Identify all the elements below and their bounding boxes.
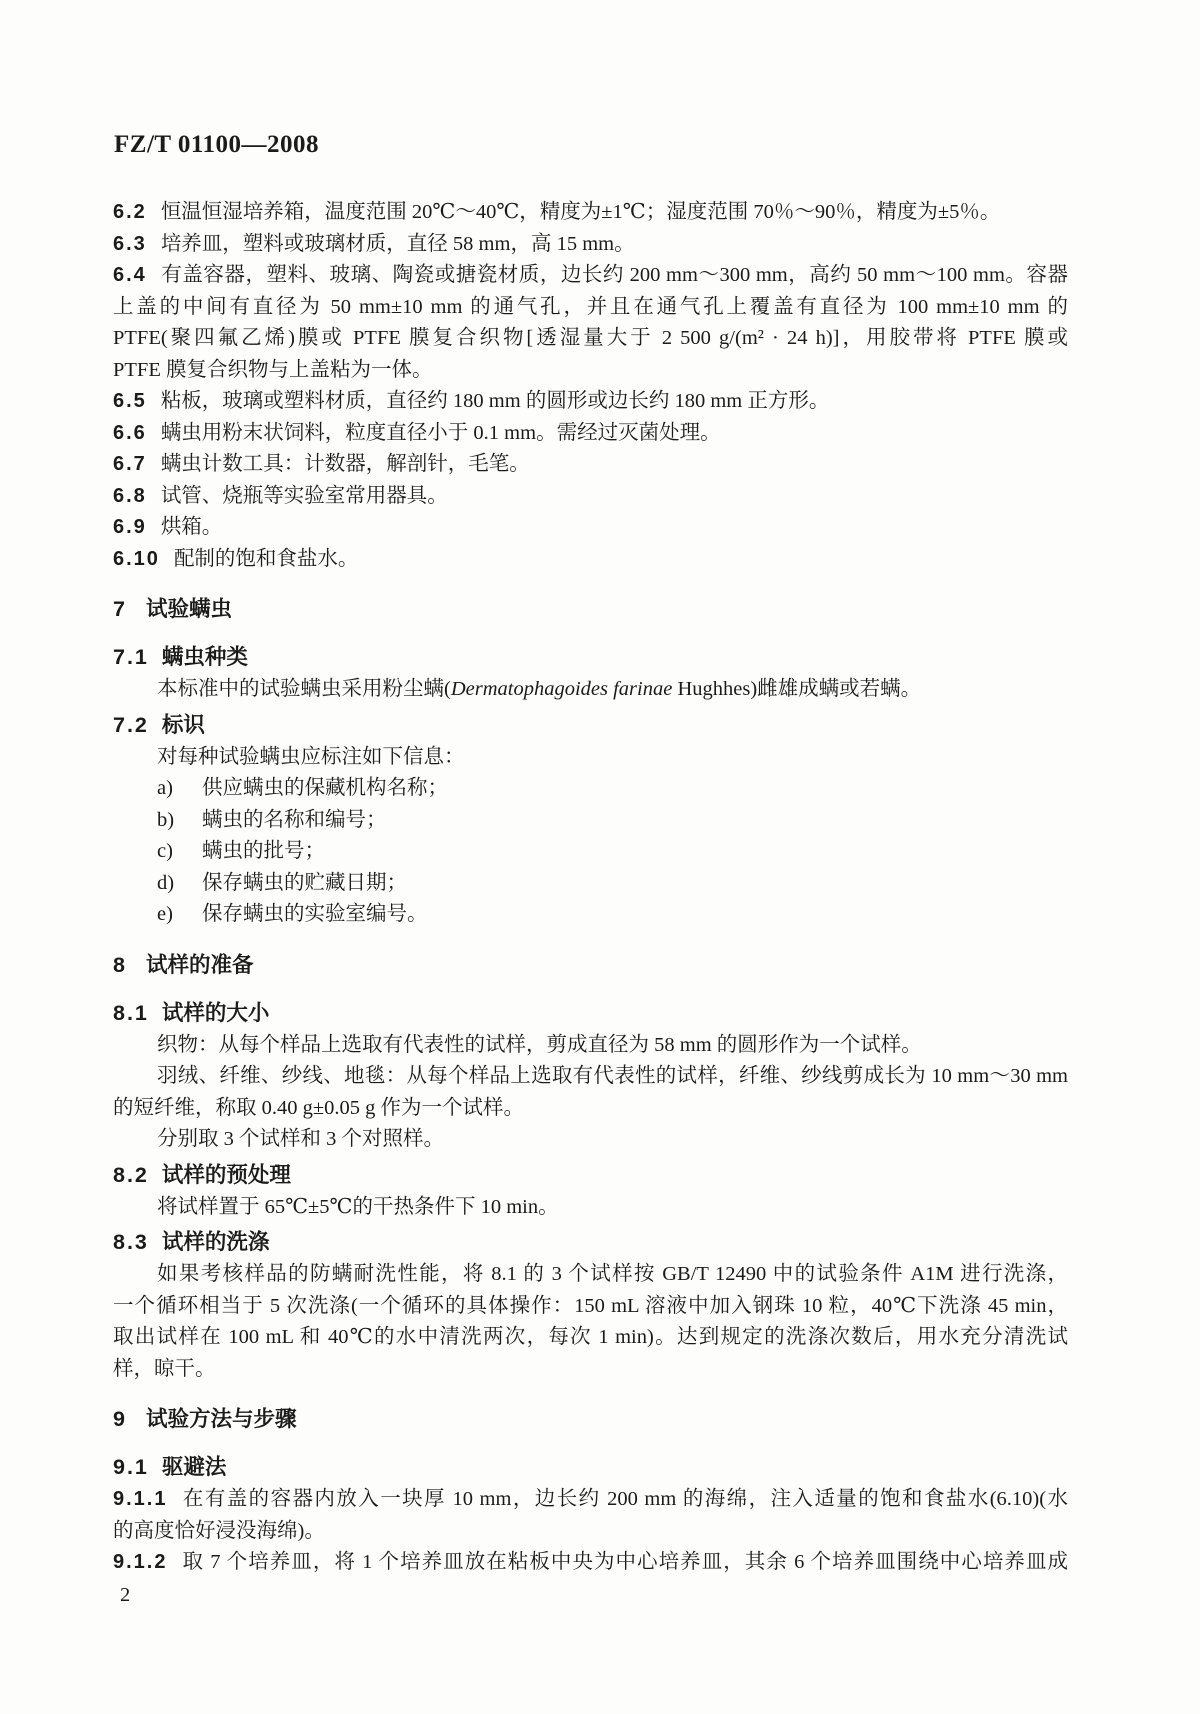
paragraph-line: 分别取 3 个试样和 3 个对照样。 bbox=[113, 1124, 1068, 1156]
clause-line: 6.2恒温恒湿培养箱，温度范围 20℃～40℃，精度为±1℃；湿度范围 70％～… bbox=[113, 197, 1068, 229]
clause-line: 的高度恰好浸没海绵)。 bbox=[113, 1516, 1068, 1548]
heading-number: 7.2 bbox=[113, 713, 149, 737]
heading-text: 螨虫种类 bbox=[162, 645, 248, 669]
text-run: PTFE(聚四氟乙烯)膜或 PTFE 膜复合织物[透湿量大于 2 500 g/(… bbox=[113, 327, 1068, 349]
clause-number: 6.10 bbox=[113, 548, 160, 570]
text-run: 螨虫计数工具：计数器，解剖针，毛笔。 bbox=[161, 453, 530, 475]
text-run: 有盖容器，塑料、玻璃、陶瓷或搪瓷材质，边长约 200 mm～300 mm，高约 … bbox=[161, 264, 1068, 286]
section-heading: 9.1驱避法 bbox=[113, 1451, 1068, 1484]
paragraph-line: 如果考核样品的防螨耐洗性能，将 8.1 的 3 个试样按 GB/T 12490 … bbox=[113, 1259, 1068, 1291]
clause-line: 上盖的中间有直径为 50 mm±10 mm 的通气孔，并且在通气孔上覆盖有直径为… bbox=[113, 292, 1068, 324]
list-marker: c) bbox=[157, 836, 183, 868]
paragraph-line: 织物：从每个样品上选取有代表性的试样，剪成直径为 58 mm 的圆形作为一个试样… bbox=[113, 1030, 1068, 1062]
paragraph-line: 一个循环相当于 5 次洗涤(一个循环的具体操作：150 mL 溶液中加入钢珠 1… bbox=[113, 1291, 1068, 1323]
text-run: 本标准中的试验螨虫采用粉尘螨( bbox=[157, 678, 451, 700]
heading-text: 试样的洗涤 bbox=[162, 1230, 270, 1254]
list-item-text: 螨虫的名称和编号； bbox=[202, 809, 387, 831]
text-run: 的短纤维，称取 0.40 g±0.05 g 作为一个试样。 bbox=[113, 1097, 524, 1119]
text-run: Hughhes)雌雄成螨或若螨。 bbox=[672, 678, 921, 700]
heading-number: 7 bbox=[113, 597, 127, 621]
heading-text: 试验螨虫 bbox=[146, 597, 232, 621]
list-item-text: 保存螨虫的实验室编号。 bbox=[202, 903, 428, 925]
list-item: b)螨虫的名称和编号； bbox=[113, 805, 1068, 837]
clause-line: 6.8试管、烧瓶等实验室常用器具。 bbox=[113, 481, 1068, 513]
text-run: 取 7 个培养皿，将 1 个培养皿放在粘板中央为中心培养皿，其余 6 个培养皿围… bbox=[181, 1551, 1068, 1573]
text-run: 上盖的中间有直径为 50 mm±10 mm 的通气孔，并且在通气孔上覆盖有直径为… bbox=[113, 296, 1068, 318]
clause-line: 6.5粘板，玻璃或塑料材质，直径约 180 mm 的圆形或边长约 180 mm … bbox=[113, 386, 1068, 418]
document-page: FZ/T 01100—2008 6.2恒温恒湿培养箱，温度范围 20℃～40℃，… bbox=[0, 0, 1200, 1714]
clause-line: 6.3培养皿，塑料或玻璃材质，直径 58 mm，高 15 mm。 bbox=[113, 229, 1068, 261]
clause-line: PTFE(聚四氟乙烯)膜或 PTFE 膜复合织物[透湿量大于 2 500 g/(… bbox=[113, 323, 1068, 355]
clause-line: 6.6螨虫用粉末状饲料，粒度直径小于 0.1 mm。需经过灭菌处理。 bbox=[113, 418, 1068, 450]
paragraph-line: 的短纤维，称取 0.40 g±0.05 g 作为一个试样。 bbox=[113, 1093, 1068, 1125]
clause-number: 6.9 bbox=[113, 516, 147, 538]
section-heading: 8.3试样的洗涤 bbox=[113, 1226, 1068, 1259]
clause-line: 9.1.1在有盖的容器内放入一块厚 10 mm，边长约 200 mm 的海绵，注… bbox=[113, 1484, 1068, 1516]
list-item-text: 保存螨虫的贮藏日期； bbox=[202, 872, 407, 894]
text-run: 如果考核样品的防螨耐洗性能，将 8.1 的 3 个试样按 GB/T 12490 … bbox=[157, 1263, 1068, 1285]
list-marker: d) bbox=[157, 868, 183, 900]
heading-number: 7.1 bbox=[113, 645, 149, 669]
list-item: d)保存螨虫的贮藏日期； bbox=[113, 868, 1068, 900]
text-run: 培养皿，塑料或玻璃材质，直径 58 mm，高 15 mm。 bbox=[161, 233, 635, 255]
text-run: 恒温恒湿培养箱，温度范围 20℃～40℃，精度为±1℃；湿度范围 70％～90％… bbox=[161, 201, 1001, 223]
text-run: 试管、烧瓶等实验室常用器具。 bbox=[161, 485, 448, 507]
list-item-text: 供应螨虫的保藏机构名称； bbox=[202, 777, 448, 799]
heading-text: 试验方法与步骤 bbox=[146, 1407, 297, 1431]
list-item-text: 螨虫的批号； bbox=[202, 840, 325, 862]
clause-number: 9.1.1 bbox=[113, 1488, 167, 1510]
clause-line: 6.4有盖容器，塑料、玻璃、陶瓷或搪瓷材质，边长约 200 mm～300 mm，… bbox=[113, 260, 1068, 292]
list-marker: b) bbox=[157, 805, 183, 837]
clause-number: 6.2 bbox=[113, 201, 147, 223]
section-heading: 7.2标识 bbox=[113, 709, 1068, 742]
section-heading: 9试验方法与步骤 bbox=[113, 1403, 1068, 1436]
clause-line: PTFE 膜复合织物与上盖粘为一体。 bbox=[113, 355, 1068, 387]
clause-line: 6.10配制的饱和食盐水。 bbox=[113, 544, 1068, 576]
heading-number: 8.3 bbox=[113, 1230, 149, 1254]
section-heading: 8.2试样的预处理 bbox=[113, 1159, 1068, 1192]
list-marker: e) bbox=[157, 899, 183, 931]
text-run: 样，晾干。 bbox=[113, 1358, 216, 1380]
text-run: 织物：从每个样品上选取有代表性的试样，剪成直径为 58 mm 的圆形作为一个试样… bbox=[157, 1034, 922, 1056]
paragraph-line: 对每种试验螨虫应标注如下信息： bbox=[113, 742, 1068, 774]
section-heading: 8试样的准备 bbox=[113, 949, 1068, 982]
text-run: PTFE 膜复合织物与上盖粘为一体。 bbox=[113, 359, 432, 381]
heading-text: 驱避法 bbox=[162, 1455, 227, 1479]
list-item: a)供应螨虫的保藏机构名称； bbox=[113, 773, 1068, 805]
standard-number-header: FZ/T 01100—2008 bbox=[114, 131, 319, 159]
clause-number: 6.4 bbox=[113, 264, 147, 286]
heading-text: 试样的大小 bbox=[162, 1001, 270, 1025]
clause-line: 6.9烘箱。 bbox=[113, 512, 1068, 544]
clause-number: 6.5 bbox=[113, 390, 147, 412]
paragraph-line: 羽绒、纤维、纱线、地毯：从每个样品上选取有代表性的试样，纤维、纱线剪成长为 10… bbox=[113, 1061, 1068, 1093]
text-run: 一个循环相当于 5 次洗涤(一个循环的具体操作：150 mL 溶液中加入钢珠 1… bbox=[113, 1295, 1068, 1317]
heading-text: 试样的准备 bbox=[146, 953, 254, 977]
heading-number: 9.1 bbox=[113, 1455, 149, 1479]
heading-number: 9 bbox=[113, 1407, 127, 1431]
text-run: 螨虫用粉末状饲料，粒度直径小于 0.1 mm。需经过灭菌处理。 bbox=[161, 422, 721, 444]
clause-line: 9.1.2取 7 个培养皿，将 1 个培养皿放在粘板中央为中心培养皿，其余 6 … bbox=[113, 1547, 1068, 1579]
text-run: 烘箱。 bbox=[161, 516, 223, 538]
list-marker: a) bbox=[157, 773, 183, 805]
page-number: 2 bbox=[120, 1580, 1068, 1612]
clause-line: 6.7螨虫计数工具：计数器，解剖针，毛笔。 bbox=[113, 449, 1068, 481]
text-run: 羽绒、纤维、纱线、地毯：从每个样品上选取有代表性的试样，纤维、纱线剪成长为 10… bbox=[157, 1065, 1068, 1087]
clause-number: 6.8 bbox=[113, 485, 147, 507]
list-item: c)螨虫的批号； bbox=[113, 836, 1068, 868]
paragraph-line: 样，晾干。 bbox=[113, 1354, 1068, 1386]
heading-number: 8.2 bbox=[113, 1163, 149, 1187]
heading-text: 试样的预处理 bbox=[162, 1163, 291, 1187]
text-run: 配制的饱和食盐水。 bbox=[174, 548, 359, 570]
text-run: 对每种试验螨虫应标注如下信息： bbox=[157, 746, 465, 768]
clause-number: 6.7 bbox=[113, 453, 147, 475]
paragraph-line: 将试样置于 65℃±5℃的干热条件下 10 min。 bbox=[113, 1192, 1068, 1224]
clause-number: 6.6 bbox=[113, 422, 147, 444]
list-item: e)保存螨虫的实验室编号。 bbox=[113, 899, 1068, 931]
species-name-italic: Dermatophagoides farinae bbox=[451, 678, 673, 700]
text-run: 将试样置于 65℃±5℃的干热条件下 10 min。 bbox=[157, 1196, 559, 1218]
text-run: 粘板，玻璃或塑料材质，直径约 180 mm 的圆形或边长约 180 mm 正方形… bbox=[161, 390, 830, 412]
document-body: 6.2恒温恒湿培养箱，温度范围 20℃～40℃，精度为±1℃；湿度范围 70％～… bbox=[113, 197, 1068, 1611]
paragraph-line: 取出试样在 100 mL 和 40℃的水中清洗两次，每次 1 min)。达到规定… bbox=[113, 1322, 1068, 1354]
heading-number: 8.1 bbox=[113, 1001, 149, 1025]
text-run: 分别取 3 个试样和 3 个对照样。 bbox=[157, 1128, 444, 1150]
section-heading: 7.1螨虫种类 bbox=[113, 641, 1068, 674]
text-run: 取出试样在 100 mL 和 40℃的水中清洗两次，每次 1 min)。达到规定… bbox=[113, 1326, 1068, 1348]
heading-text: 标识 bbox=[162, 713, 205, 737]
heading-number: 8 bbox=[113, 953, 127, 977]
section-heading: 7试验螨虫 bbox=[113, 593, 1068, 626]
section-heading: 8.1试样的大小 bbox=[113, 997, 1068, 1030]
paragraph-line: 本标准中的试验螨虫采用粉尘螨(Dermatophagoides farinae … bbox=[113, 674, 1068, 706]
clause-number: 6.3 bbox=[113, 233, 147, 255]
text-run: 的高度恰好浸没海绵)。 bbox=[113, 1520, 325, 1542]
text-run: 在有盖的容器内放入一块厚 10 mm，边长约 200 mm 的海绵，注入适量的饱… bbox=[181, 1488, 1068, 1510]
clause-number: 9.1.2 bbox=[113, 1551, 167, 1573]
